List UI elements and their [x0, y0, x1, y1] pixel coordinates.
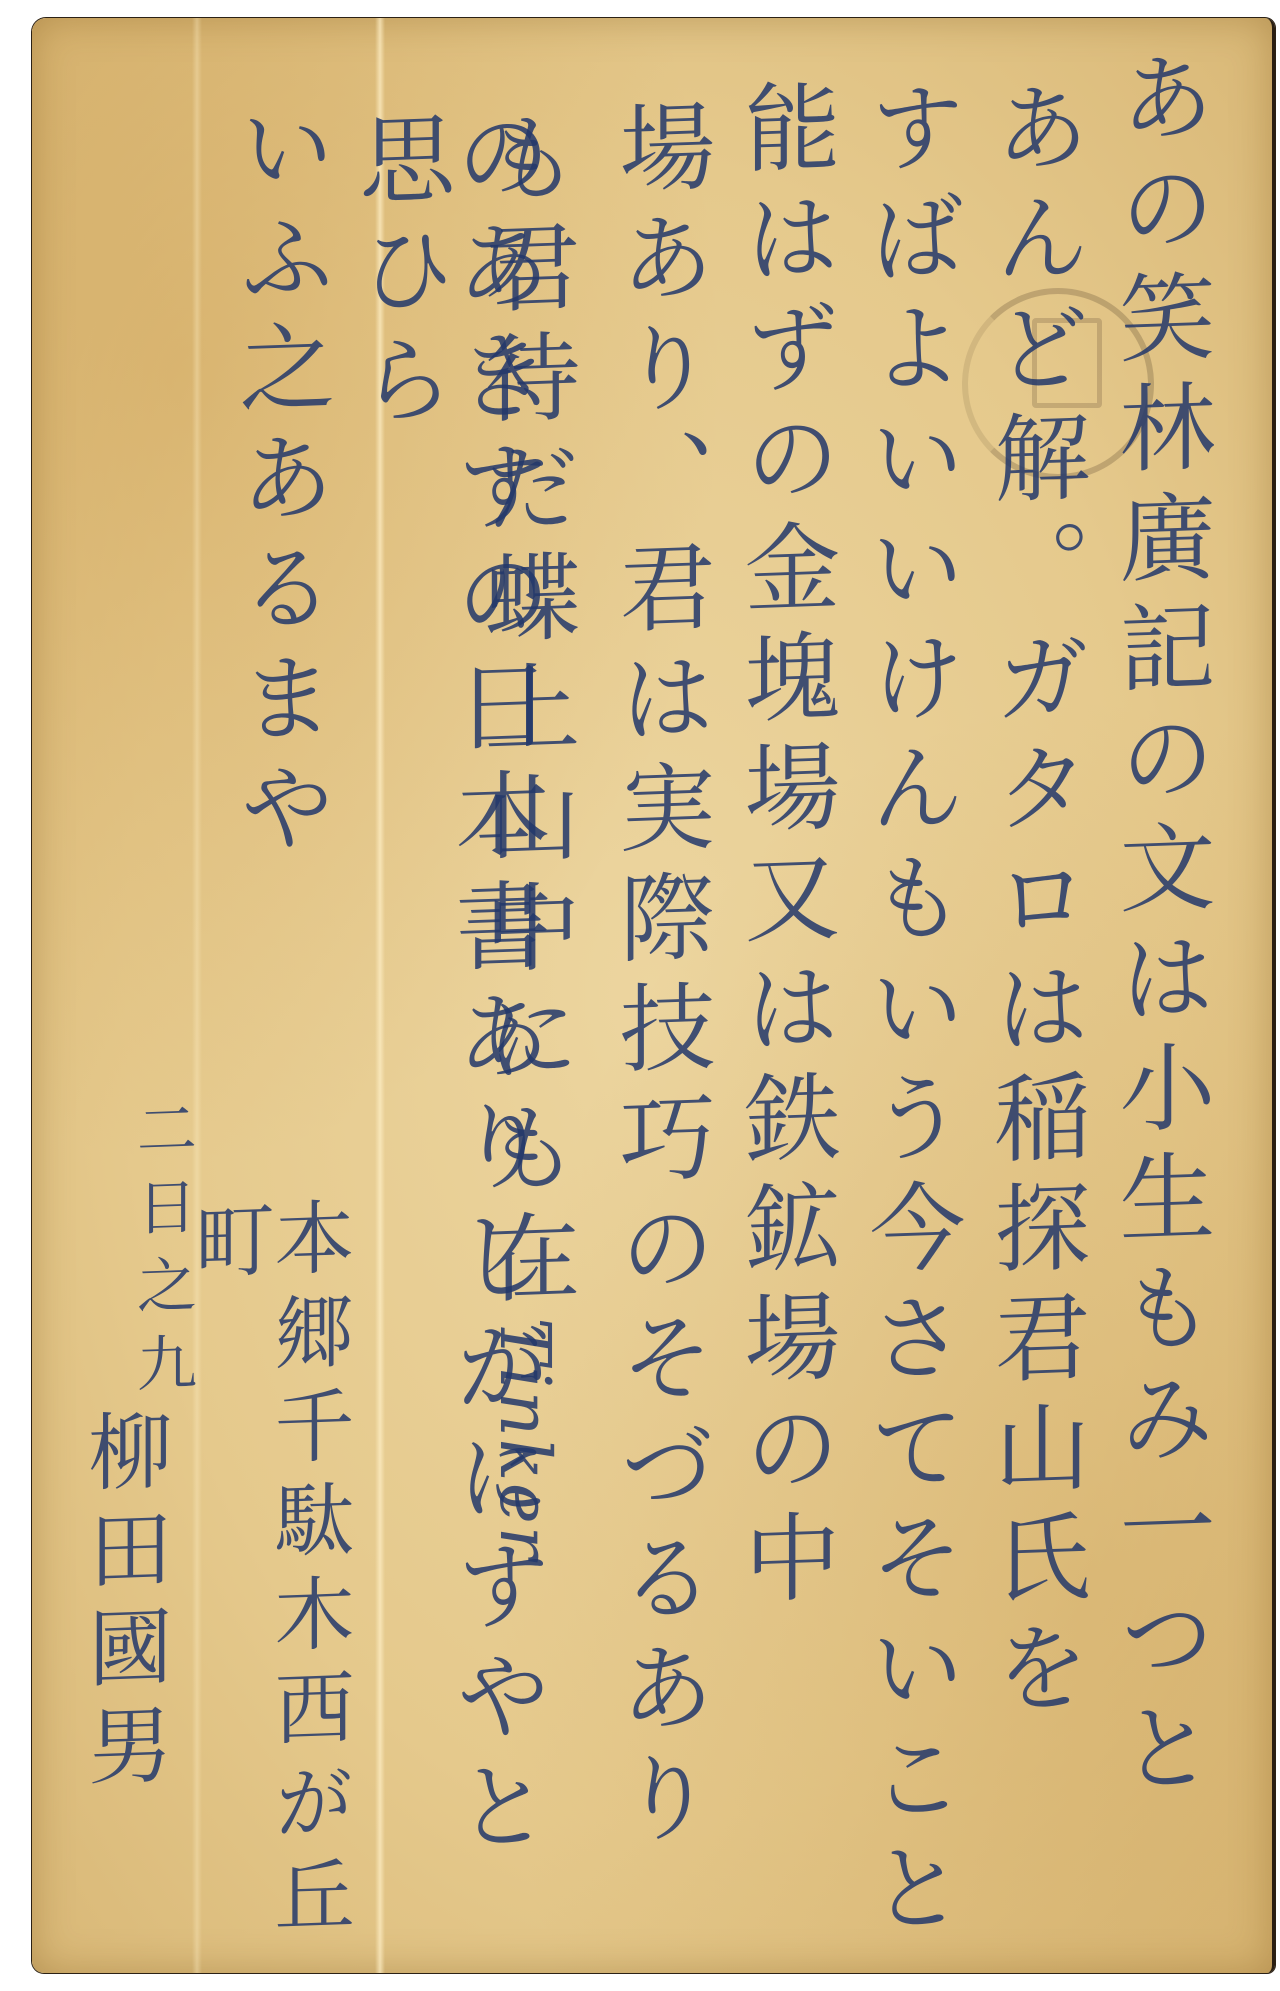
- letter-column-3: すばよいいけんもいう今さてそいこと: [862, 76, 958, 1949]
- letter-column-7: のあきすの日本書ありしがにすやと思ひら: [352, 105, 544, 1977]
- sender-signature: 柳田國男: [82, 1407, 166, 1802]
- handwritten-letter-body: あの笑林廣記の文は小生もみ一つと あんど解。ガタロは稲探君山氏を すばよいいけん…: [32, 18, 1272, 1973]
- letter-column-4: 能はずの金塊場又は鉄鉱場の中: [737, 76, 833, 1619]
- letter-column-1: あの笑林廣記の文は小生もみ一つと: [1112, 46, 1208, 1809]
- letter-column-2: あんど解。ガタロは稲探君山氏を: [987, 76, 1083, 1729]
- sender-address: 本郷千駄木西が丘町: [187, 1195, 347, 1976]
- letter-column-5: 場あり、君は実際技巧のそづるあり: [612, 96, 708, 1859]
- letter-column-8: いふ之あるまや: [232, 96, 328, 869]
